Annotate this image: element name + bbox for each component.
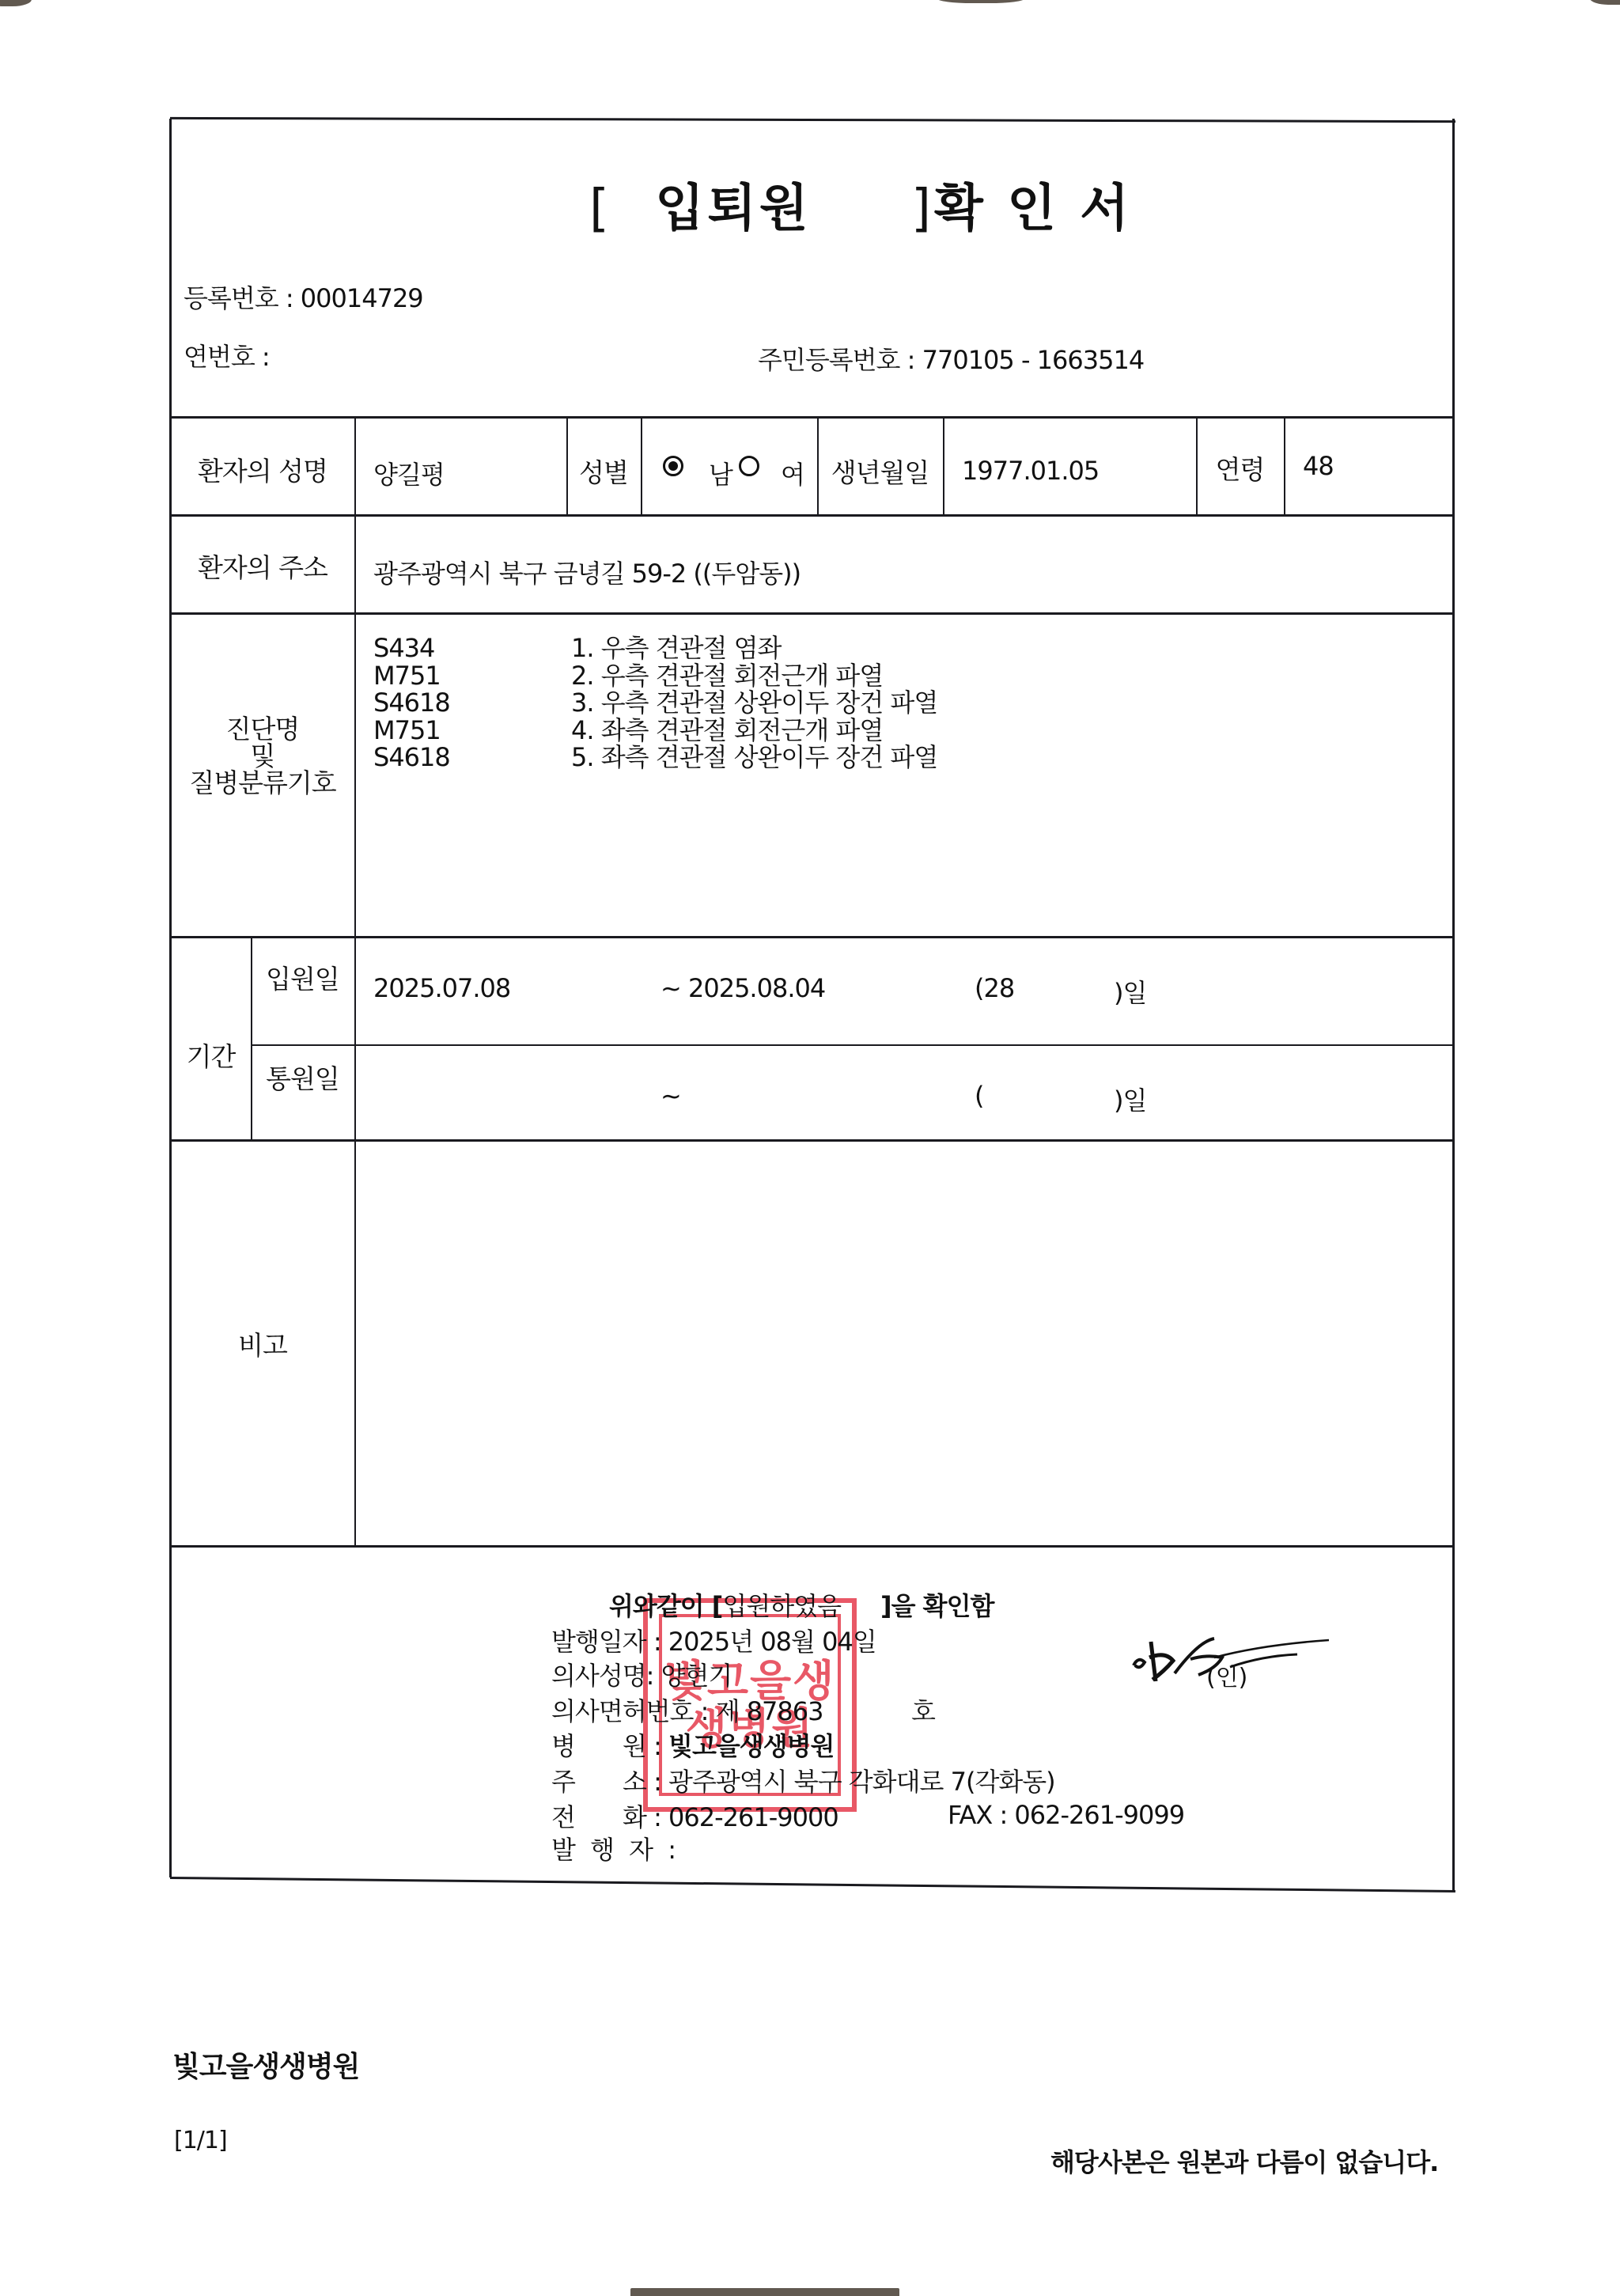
statement-suffix: ]을 확인함 — [880, 1591, 994, 1621]
radio-female-label: 여 — [781, 455, 804, 491]
scan-edge-artifact — [630, 2288, 899, 2296]
doctor-name: 의사성명: 양현기 — [551, 1656, 732, 1692]
diagnosis-item: S4618 3. 우측 견관절 상완이두 장건 파열 — [373, 689, 937, 717]
title-close-bracket: ] — [911, 180, 934, 238]
hospital-address-row: 주소 : 광주광역시 북구 각화대로 7(각화동) — [551, 1762, 1055, 1798]
license-number: 의사면허번호 : 제 87863 — [551, 1692, 823, 1728]
issue-date-value: 2025년 08월 04일 — [668, 1627, 876, 1657]
scan-edge-artifact — [937, 0, 1024, 3]
diagnosis-code: M751 — [373, 662, 571, 690]
inpatient-days-suffix: )일 — [1114, 973, 1146, 1010]
diagnosis-item: S434 1. 우측 견관절 염좌 — [373, 635, 937, 662]
birth-date-label: 생년월일 — [817, 453, 943, 490]
diagnosis-code: S4618 — [373, 689, 571, 717]
outpatient-days-suffix: )일 — [1114, 1081, 1146, 1117]
phone-row: 전화 : 062-261-9000 — [551, 1798, 838, 1834]
fax-label: FAX : — [948, 1800, 1007, 1830]
outpatient-end-date: ~ — [660, 1081, 681, 1111]
hospital-label-1: 병 — [551, 1726, 623, 1763]
doctor-name-label: 의사성명: — [551, 1661, 653, 1691]
remarks-label: 비고 — [171, 1325, 354, 1362]
patient-name-label: 환자의 성명 — [171, 451, 354, 488]
phone-value: 062-261-9000 — [668, 1802, 838, 1832]
diagnosis-label: 진단명 및 질병분류기호 — [171, 716, 354, 797]
confirmation-statement: 위와같이 [입원하였음]을 확인함 — [609, 1586, 994, 1623]
title-type: 입퇴원 — [655, 180, 811, 238]
diagnosis-label-line: 질병분류기호 — [171, 770, 354, 797]
inpatient-start-date: 2025.07.08 — [373, 973, 510, 1003]
registration-number-value: 00014729 — [301, 283, 423, 313]
serial-number: 연번호 : — [184, 337, 270, 373]
issue-date: 발행일자 : 2025년 08월 04일 — [551, 1622, 876, 1658]
address-label-2: 소 : — [623, 1767, 661, 1797]
age-label: 연령 — [1196, 449, 1284, 487]
diagnosis-code: S434 — [373, 635, 571, 662]
doctor-signature: (인) — [1127, 1634, 1333, 1700]
sex-label: 성별 — [566, 453, 641, 490]
diagnosis-name: 3. 우측 견관절 상완이두 장건 파열 — [571, 689, 937, 717]
phone-label-1: 전 — [551, 1798, 623, 1834]
diagnosis-item: M751 4. 좌측 견관절 회전근개 파열 — [373, 717, 937, 744]
page-indicator: [1/1] — [174, 2127, 227, 2154]
issue-date-label: 발행일자 : — [551, 1627, 661, 1657]
address-label-1: 주 — [551, 1762, 623, 1798]
diagnosis-name: 1. 우측 견관절 염좌 — [571, 635, 781, 662]
outpatient-label: 통원일 — [251, 1059, 354, 1096]
resident-number-value: 770105 - 1663514 — [922, 345, 1145, 375]
title-suffix: 확 인 서 — [934, 180, 1132, 238]
diagnosis-code: S4618 — [373, 744, 571, 771]
diagnosis-label-line: 진단명 — [171, 716, 354, 743]
radio-male-label: 남 — [709, 455, 732, 491]
scan-edge-artifact — [0, 0, 32, 6]
hospital-label-2: 원 : — [623, 1731, 661, 1761]
radio-female[interactable] — [739, 456, 759, 476]
diagnosis-list: S434 1. 우측 견관절 염좌 M751 2. 우측 견관절 회전근개 파열… — [373, 635, 937, 771]
period-label: 기간 — [171, 1036, 251, 1074]
scan-edge-artifact — [1590, 0, 1620, 5]
license-value: 제 87863 — [716, 1696, 823, 1726]
copy-certification: 해당사본은 원본과 다름이 없습니다. — [1050, 2143, 1438, 2179]
diagnosis-item: S4618 5. 좌측 견관절 상완이두 장건 파열 — [373, 744, 937, 771]
inpatient-end-date: ~ 2025.08.04 — [660, 973, 825, 1003]
diagnosis-name: 4. 좌측 견관절 회전근개 파열 — [571, 717, 883, 744]
registration-number: 등록번호 : 00014729 — [184, 278, 423, 315]
statement-prefix: 위와같이 [ — [609, 1591, 722, 1621]
footer-hospital-name: 빛고을생생병원 — [172, 2044, 359, 2085]
patient-address: 광주광역시 북구 금녕길 59-2 ((두암동)) — [373, 554, 801, 590]
diagnosis-label-line: 및 — [171, 743, 354, 770]
document-title: [ 입퇴원 ]확 인 서 — [589, 168, 1132, 241]
birth-date: 1977.01.05 — [962, 456, 1099, 486]
diagnosis-name: 2. 우측 견관절 회전근개 파열 — [571, 662, 883, 690]
diagnosis-item: M751 2. 우측 견관절 회전근개 파열 — [373, 662, 937, 690]
fax-row: FAX : 062-261-9099 — [948, 1800, 1184, 1830]
inpatient-label: 입원일 — [251, 959, 354, 996]
resident-number: 주민등록번호 : 770105 - 1663514 — [758, 340, 1144, 377]
statement-value: 입원하였음 — [722, 1591, 841, 1621]
address-label: 환자의 주소 — [171, 547, 354, 585]
fax-value: 062-261-9099 — [1014, 1800, 1184, 1830]
phone-label-2: 화 : — [623, 1802, 661, 1832]
patient-name: 양길평 — [373, 455, 445, 491]
hospital-row: 병원 : 빛고을생생병원 — [551, 1726, 834, 1763]
radio-male[interactable] — [663, 456, 683, 476]
license-suffix: 호 — [911, 1692, 935, 1728]
seal-mark: (인) — [1206, 1658, 1247, 1692]
serial-number-label: 연번호 : — [184, 342, 270, 372]
license-label: 의사면허번호 : — [551, 1696, 708, 1726]
diagnosis-name: 5. 좌측 견관절 상완이두 장건 파열 — [571, 744, 937, 771]
resident-number-label: 주민등록번호 : — [758, 345, 914, 375]
age-value: 48 — [1303, 451, 1334, 481]
hospital-name: 빛고을생생병원 — [668, 1731, 834, 1761]
hospital-address: 광주광역시 북구 각화대로 7(각화동) — [668, 1767, 1055, 1797]
doctor-name-value: 양현기 — [661, 1661, 732, 1691]
inpatient-days: (28 — [975, 973, 1014, 1003]
title-open-bracket: [ — [589, 180, 612, 238]
registration-number-label: 등록번호 : — [184, 283, 293, 313]
outpatient-days: ( — [975, 1081, 983, 1111]
issuer-label: 발 행 자 : — [551, 1830, 679, 1866]
diagnosis-code: M751 — [373, 717, 571, 744]
